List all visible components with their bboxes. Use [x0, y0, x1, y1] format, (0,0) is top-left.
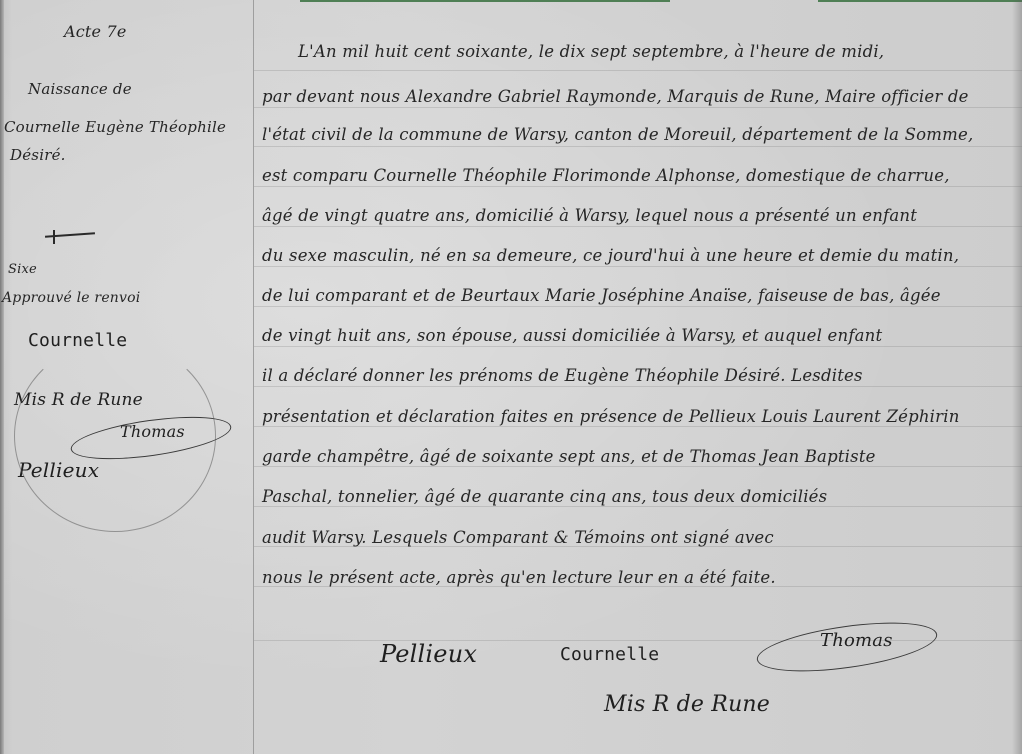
- ruled-line: [254, 226, 1022, 227]
- ruled-line: [254, 146, 1022, 147]
- cross-mark-icon: [45, 230, 95, 244]
- body-line: audit Warsy. Lesquels Comparant & Témoin…: [262, 528, 774, 547]
- body-line: est comparu Cournelle Théophile Florimon…: [262, 166, 950, 185]
- top-edge-strip: [0, 0, 1022, 2]
- body-line: il a déclaré donner les prénoms de Eugèn…: [262, 366, 863, 385]
- ruled-line: [254, 466, 1022, 467]
- ruled-line: [254, 186, 1022, 187]
- ruled-line: [254, 346, 1022, 347]
- body-line: présentation et déclaration faites en pr…: [262, 407, 960, 426]
- binding-edge: [0, 0, 4, 754]
- margin-annotation-word: Sixe: [8, 262, 37, 277]
- signature-cournelle: Cournelle: [560, 644, 659, 665]
- signature-mayor: Mis R de Rune: [604, 692, 770, 717]
- margin-title-line-1: Naissance de: [28, 80, 132, 98]
- body-line: par devant nous Alexandre Gabriel Raymon…: [262, 87, 969, 106]
- body-line: du sexe masculin, né en sa demeure, ce j…: [262, 246, 959, 265]
- body-line: garde champêtre, âgé de soixante sept an…: [262, 447, 876, 466]
- body-line: Paschal, tonnelier, âgé de quarante cinq…: [262, 487, 827, 506]
- body-line: nous le présent acte, après qu'en lectur…: [262, 568, 776, 587]
- top-edge-segment: [300, 0, 670, 2]
- ruled-line: [254, 506, 1022, 507]
- top-edge-segment: [818, 0, 1022, 2]
- ruled-line: [254, 386, 1022, 387]
- ruled-line: [254, 266, 1022, 267]
- body-line: de lui comparant et de Beurtaux Marie Jo…: [262, 286, 941, 305]
- ruled-line: [254, 70, 1022, 71]
- ruled-line: [254, 426, 1022, 427]
- margin-approval-note: Approuvé le renvoi: [2, 290, 140, 306]
- act-number: Acte 7e: [64, 22, 127, 41]
- body-line: de vingt huit ans, son épouse, aussi dom…: [262, 326, 882, 345]
- margin-title-line-2: Cournelle Eugène Théophile: [4, 118, 226, 136]
- signature-thomas: Thomas: [820, 630, 893, 651]
- margin-title-line-3: Désiré.: [10, 146, 66, 164]
- body-line: âgé de vingt quatre ans, domicilié à War…: [262, 206, 917, 225]
- body-line: L'An mil huit cent soixante, le dix sept…: [298, 42, 884, 61]
- ruled-line: [254, 107, 1022, 108]
- scanned-register-page: Acte 7e Naissance de Cournelle Eugène Th…: [0, 0, 1022, 754]
- body-line: l'état civil de la commune de Warsy, can…: [262, 125, 973, 144]
- ruled-line: [254, 306, 1022, 307]
- signature-pellieux: Pellieux: [380, 640, 477, 668]
- pencil-curve: [14, 340, 216, 532]
